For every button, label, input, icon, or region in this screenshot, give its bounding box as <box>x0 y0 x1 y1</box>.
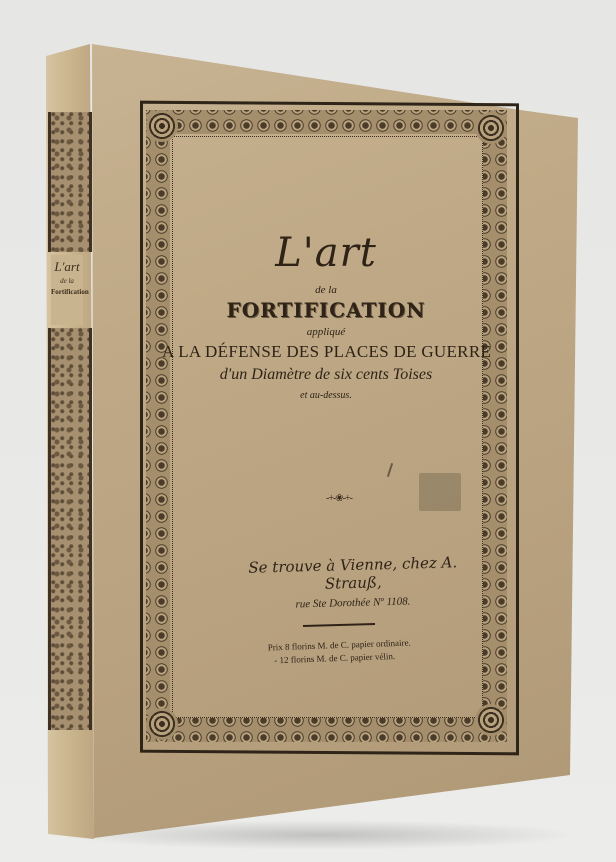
title-block: L'art de la FORTIFICATION appliqué A LA … <box>176 230 476 401</box>
cover-frame-inner-rule <box>172 136 483 718</box>
title-lart: L'art <box>176 230 476 280</box>
subtitle-defense: A LA DÉFENSE DES PLACES DE GUERRE <box>162 342 490 362</box>
ornament-divider: -+-❀-+- <box>312 494 366 504</box>
library-stamp <box>419 473 461 511</box>
spine-ornament-top <box>48 112 92 252</box>
subtitle-diameter: d'un Diamètre de six cents Toises <box>176 366 476 384</box>
rosette-corner-bottom-left <box>146 708 178 740</box>
spine-fortification: Fortification <box>51 288 83 296</box>
title-applique: appliqué <box>176 326 476 338</box>
imprint-publisher: Se trouve à Vienne, chez A. Strauß, <box>228 553 479 596</box>
spine-ornament-bottom <box>48 328 92 730</box>
spine-label: L'art de la Fortification <box>51 255 83 325</box>
rosette-corner-top-left <box>146 110 178 142</box>
imprint-block: Se trouve à Vienne, chez A. Strauß, rue … <box>228 556 478 609</box>
rosette-corner-bottom-right <box>475 704 507 736</box>
book: L'art de la Fortification L'art de la FO… <box>0 0 616 862</box>
rosette-corner-top-right <box>475 112 507 144</box>
title-fortification: FORTIFICATION <box>176 298 476 322</box>
title-de-la: de la <box>176 284 476 296</box>
spine-title: L'art <box>51 259 83 275</box>
subtitle-et-au-dessus: et au-dessus. <box>176 390 476 401</box>
spine-de-la: de la <box>51 277 83 285</box>
